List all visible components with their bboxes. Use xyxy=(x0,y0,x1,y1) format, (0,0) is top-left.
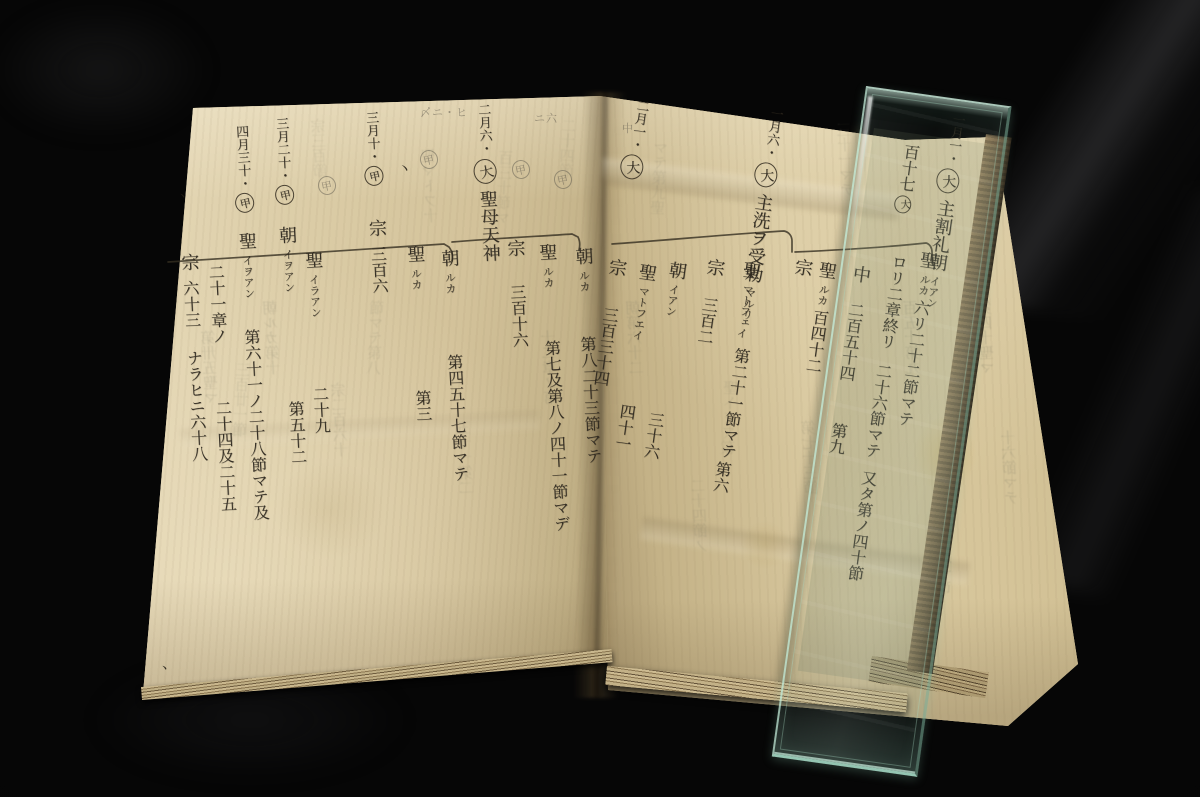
photo-stage: 第卅五聖マ三百廿一節朝ルカ第十宗二百六十節マテ第八聖マトフ十五十一第二百三十節マ… xyxy=(0,0,1200,797)
spine-shadow xyxy=(574,92,626,699)
left-page xyxy=(128,90,620,702)
